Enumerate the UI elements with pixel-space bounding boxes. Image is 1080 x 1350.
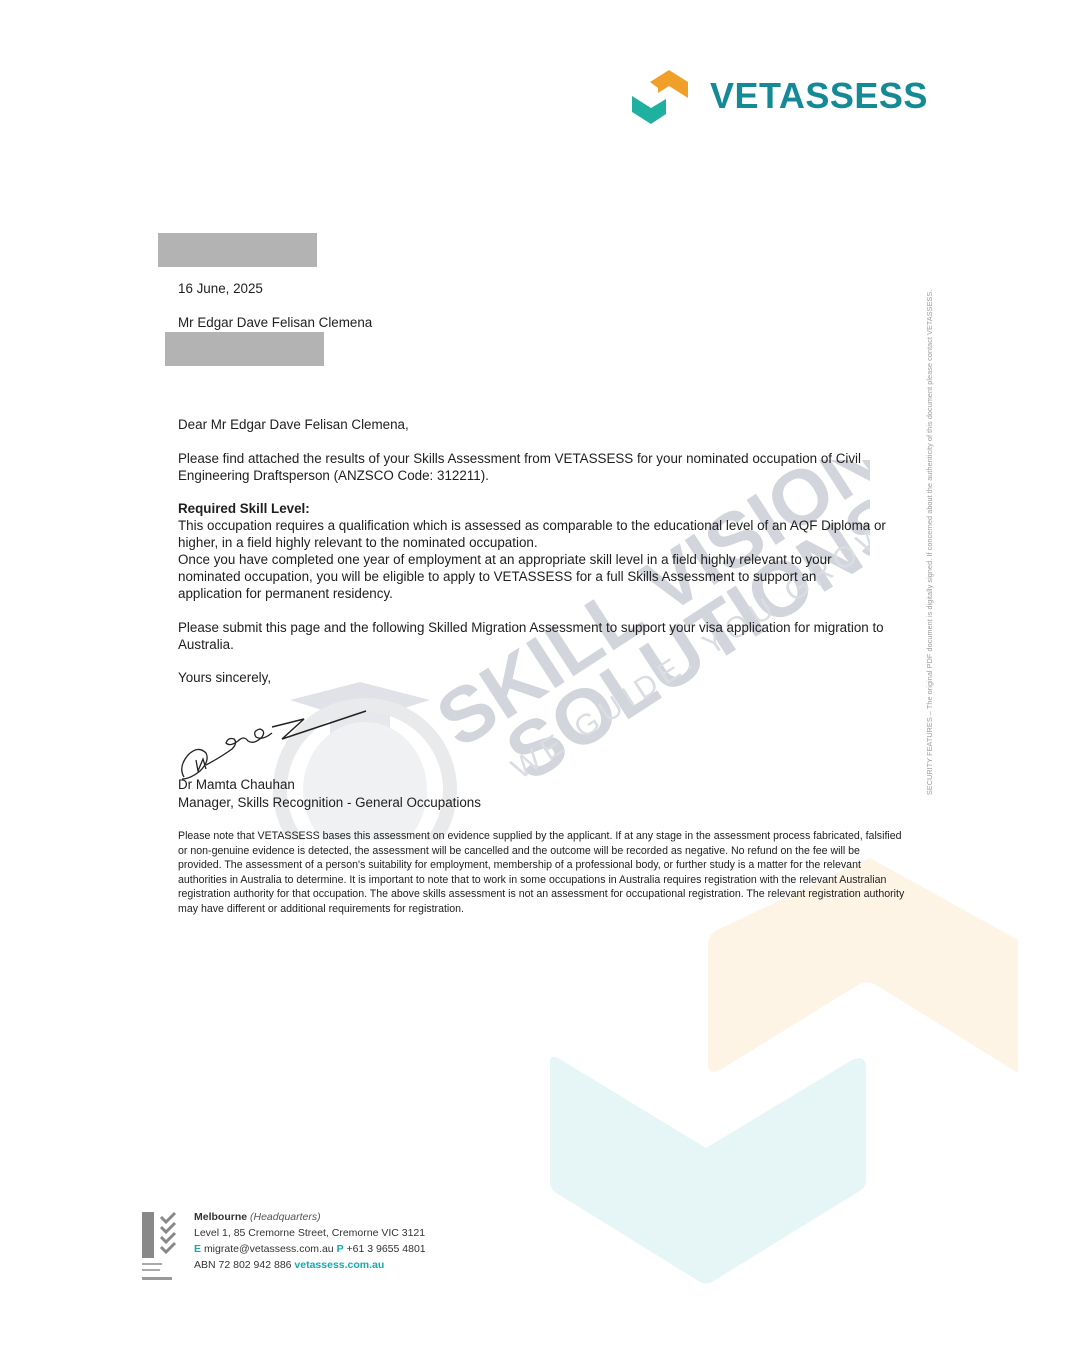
redacted-address-block bbox=[165, 332, 324, 366]
vetassess-wordmark: VETASSESS bbox=[710, 75, 928, 117]
phone-label: P bbox=[337, 1243, 344, 1255]
security-features-note: SECURITY FEATURES – The original PDF doc… bbox=[925, 290, 934, 795]
redacted-reference-block bbox=[158, 233, 317, 267]
employment-paragraph: Once you have completed one year of empl… bbox=[178, 551, 878, 602]
skill-level-paragraph: This occupation requires a qualification… bbox=[178, 517, 898, 551]
footer-contact: Melbourne (Headquarters) Level 1, 85 Cre… bbox=[194, 1209, 426, 1273]
office-tag: (Headquarters) bbox=[250, 1211, 321, 1223]
iso-certified-badge-icon bbox=[141, 1211, 179, 1283]
vetassess-logo: VETASSESS bbox=[630, 68, 928, 124]
submit-paragraph: Please submit this page and the followin… bbox=[178, 619, 898, 653]
phone-number[interactable]: +61 3 9655 4801 bbox=[347, 1243, 426, 1255]
recipient-name: Mr Edgar Dave Felisan Clemena bbox=[178, 314, 372, 331]
closing: Yours sincerely, bbox=[178, 669, 271, 686]
vetassess-chevron-logo-icon bbox=[630, 68, 692, 124]
office-address: Level 1, 85 Cremorne Street, Cremorne VI… bbox=[194, 1225, 426, 1241]
letter-date: 16 June, 2025 bbox=[178, 280, 263, 297]
salutation: Dear Mr Edgar Dave Felisan Clemena, bbox=[178, 416, 409, 433]
email-link[interactable]: migrate@vetassess.com.au bbox=[204, 1243, 334, 1255]
website-link[interactable]: vetassess.com.au bbox=[294, 1259, 384, 1271]
email-label: E bbox=[194, 1243, 201, 1255]
background-chevron-shapes bbox=[0, 0, 1080, 1350]
office-name: Melbourne bbox=[194, 1211, 247, 1223]
intro-paragraph: Please find attached the results of your… bbox=[178, 450, 898, 484]
disclaimer-text: Please note that VETASSESS bases this as… bbox=[178, 829, 906, 917]
signer-title: Manager, Skills Recognition - General Oc… bbox=[178, 794, 481, 811]
signature-image bbox=[176, 705, 376, 785]
required-skill-heading: Required Skill Level: bbox=[178, 500, 310, 517]
abn-number: ABN 72 802 942 886 bbox=[194, 1259, 292, 1271]
